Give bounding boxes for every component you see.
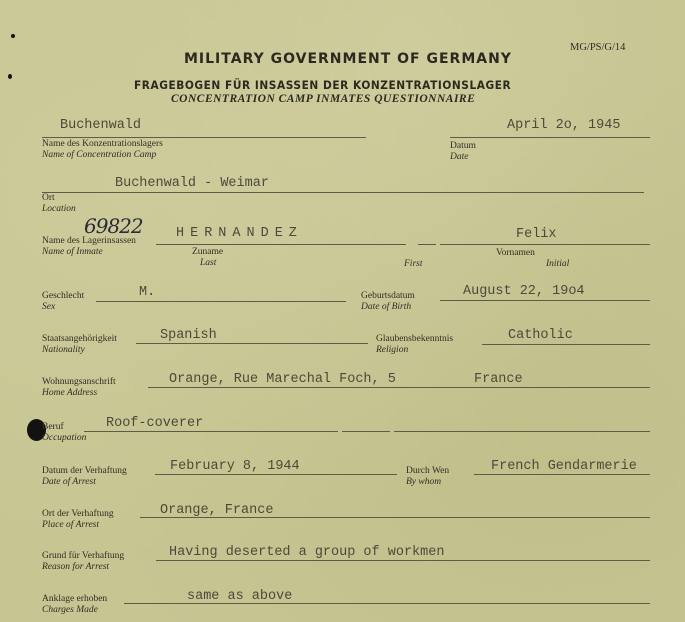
occupation-line: [394, 431, 650, 432]
questionnaire-form: MG/PS/G/14 MILITARY GOVERNMENT OF GERMAN…: [0, 0, 685, 622]
inmate-label-de: Name des Lagerinsassen: [42, 236, 136, 246]
occupation-label-en: Occupation: [42, 433, 86, 443]
address-label-de: Wohnungsanschrift: [42, 377, 116, 387]
location-value: Buchenwald - Weimar: [115, 176, 269, 191]
address-value: Orange, Rue Marechal Foch, 5: [169, 372, 396, 387]
arrest-place-label-en: Place of Arrest: [42, 520, 99, 530]
form-number: MG/PS/G/14: [570, 42, 625, 53]
occupation-label-de: Beruf: [42, 422, 64, 432]
charges-label-de: Anklage erhoben: [42, 594, 107, 604]
religion-label-en: Religion: [376, 345, 408, 355]
birth-date-label-de: Geburtsdatum: [361, 291, 415, 301]
last-name-value: HERNANDEZ: [176, 226, 303, 241]
occupation-line: [342, 431, 390, 432]
camp-name-label-de: Name des Konzentrationslagers: [42, 139, 163, 149]
inmate-name-line: [440, 244, 650, 245]
prisoner-number-handwritten: 69822: [84, 214, 143, 238]
nationality-value: Spanish: [160, 328, 217, 343]
charges-label-en: Charges Made: [42, 605, 98, 615]
nationality-label-en: Nationality: [42, 345, 85, 355]
camp-name-value: Buchenwald: [60, 118, 141, 133]
arrest-reason-value: Having deserted a group of workmen: [169, 545, 444, 560]
birth-date-label-en: Date of Birth: [361, 302, 411, 312]
charges-value: same as above: [187, 589, 292, 604]
punch-mark: [11, 34, 15, 38]
date-label-de: Datum: [450, 141, 476, 151]
address-line: [148, 387, 650, 388]
arrest-place-value: Orange, France: [160, 503, 273, 518]
location-line: [42, 192, 644, 193]
last-label: Last: [200, 258, 216, 268]
nationality-label-de: Staatsangehörigkeit: [42, 334, 117, 344]
arrest-reason-label-en: Reason for Arrest: [42, 562, 109, 572]
arrested-by-label-de: Durch Wen: [406, 466, 449, 476]
subtitle-english: CONCENTRATION CAMP INMATES QUESTIONNAIRE: [171, 93, 475, 105]
arrest-date-value: February 8, 1944: [170, 459, 300, 474]
location-label-de: Ort: [42, 193, 55, 203]
birth-date-line: [440, 300, 650, 301]
arrested-by-line: [474, 474, 650, 475]
zuname-label: Zuname: [192, 247, 223, 257]
religion-value: Catholic: [508, 328, 573, 343]
arrest-reason-line: [156, 560, 650, 561]
sex-value: M.: [139, 285, 155, 300]
arrest-date-label-de: Datum der Verhaftung: [42, 466, 127, 476]
inmate-name-line: [156, 244, 406, 245]
arrest-place-label-de: Ort der Verhaftung: [42, 509, 114, 519]
arrest-reason-label-de: Grund für Verhaftung: [42, 551, 124, 561]
vornamen-label: Vornamen: [496, 248, 535, 258]
date-label-en: Date: [450, 152, 468, 162]
punch-mark: [8, 74, 12, 79]
religion-label-de: Glaubensbekenntnis: [376, 334, 453, 344]
page-title: MILITARY GOVERNMENT OF GERMANY: [184, 51, 512, 67]
date-value: April 2o, 1945: [507, 118, 620, 133]
first-name-value: Felix: [516, 227, 557, 242]
arrested-by-value: French Gendarmerie: [491, 459, 637, 474]
birth-date-value: August 22, 19o4: [463, 284, 585, 299]
inmate-name-line: [418, 244, 436, 245]
address-label-en: Home Address: [42, 388, 97, 398]
sex-label-en: Sex: [42, 302, 55, 312]
arrested-by-label-en: By whom: [406, 477, 441, 487]
inmate-label-en: Name of Inmate: [42, 247, 103, 257]
address-country-value: France: [474, 372, 523, 387]
initial-label: Initial: [546, 259, 569, 269]
sex-label-de: Geschlecht: [42, 291, 84, 301]
sex-line: [96, 301, 346, 302]
arrest-place-line: [140, 517, 650, 518]
nationality-line: [136, 343, 368, 344]
arrest-date-label-en: Date of Arrest: [42, 477, 96, 487]
camp-name-line: [42, 137, 366, 138]
camp-name-label-en: Name of Concentration Camp: [42, 150, 156, 160]
first-label: First: [404, 259, 422, 269]
subtitle-german: FRAGEBOGEN FÜR INSASSEN DER KONZENTRATIO…: [134, 78, 511, 92]
date-line: [450, 137, 650, 138]
arrest-date-line: [155, 474, 397, 475]
religion-line: [482, 344, 650, 345]
location-label-en: Location: [42, 204, 76, 214]
occupation-line: [84, 431, 338, 432]
occupation-value: Roof-coverer: [106, 416, 203, 431]
charges-line: [124, 603, 650, 604]
